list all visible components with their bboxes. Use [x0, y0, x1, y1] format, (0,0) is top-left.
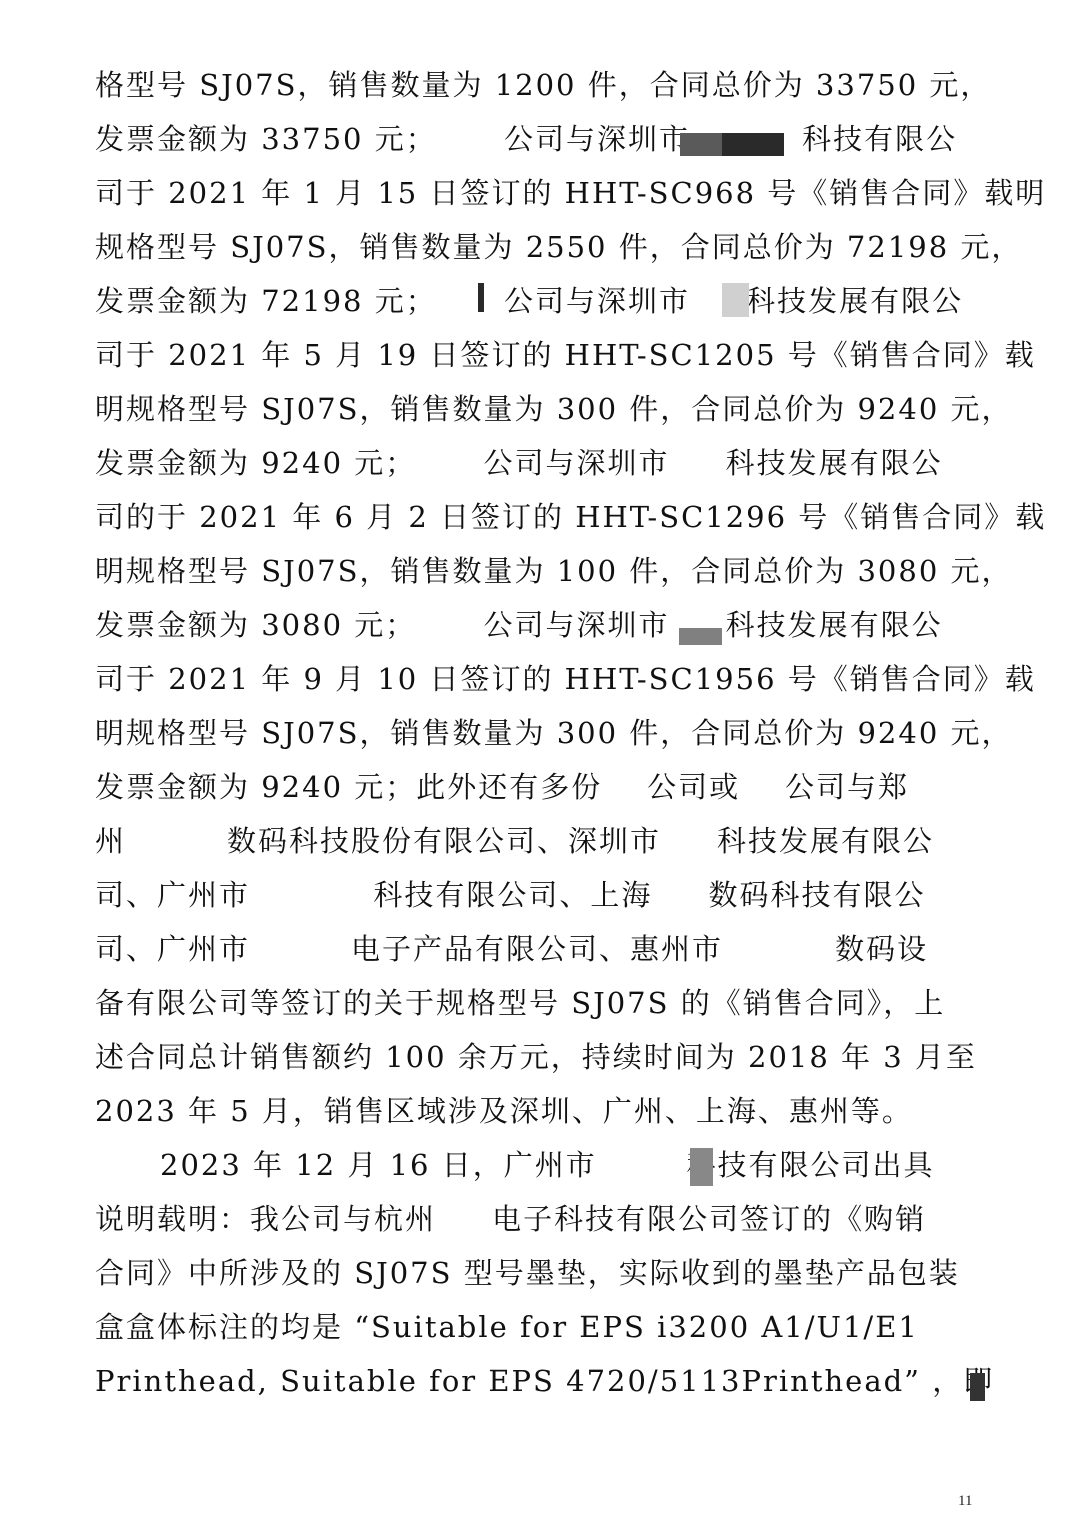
- redaction-box: [478, 283, 484, 312]
- paragraph-start-line: 2023 年 12 月 16 日，广州市 科技有限公司出具: [160, 1138, 980, 1192]
- text-line: 司的于 2021 年 6 月 2 日签订的 HHT-SC1296 号《销售合同》…: [95, 490, 980, 544]
- text-line: 发票金额为 72198 元； 公司与深圳市 科技发展有限公: [95, 274, 980, 328]
- text-line: 司于 2021 年 9 月 10 日签订的 HHT-SC1956 号《销售合同》…: [95, 652, 980, 706]
- text-line: 司、广州市 科技有限公司、上海 数码科技有限公: [95, 868, 980, 922]
- text-line: 司、广州市 电子产品有限公司、惠州市 数码设: [95, 922, 980, 976]
- text-line: 明规格型号 SJ07S，销售数量为 300 件，合同总价为 9240 元，: [95, 382, 980, 436]
- text-line: 发票金额为 9240 元； 公司与深圳市 科技发展有限公: [95, 436, 980, 490]
- redaction-box: [680, 133, 722, 156]
- text-line: 明规格型号 SJ07S，销售数量为 300 件，合同总价为 9240 元，: [95, 706, 980, 760]
- text-line: 2023 年 5 月，销售区域涉及深圳、广州、上海、惠州等。: [95, 1084, 980, 1138]
- page-number: 11: [958, 1493, 972, 1510]
- redaction-box: [722, 283, 749, 317]
- redaction-box: [690, 1148, 713, 1186]
- redaction-box: [970, 1373, 985, 1401]
- text-line: 州 数码科技股份有限公司、深圳市 科技发展有限公: [95, 814, 980, 868]
- redaction-box: [679, 628, 722, 645]
- text-line: 备有限公司等签订的关于规格型号 SJ07S 的《销售合同》，上: [95, 976, 980, 1030]
- text-line: 发票金额为 9240 元；此外还有多份 公司或 公司与郑: [95, 760, 980, 814]
- text-line: 司于 2021 年 1 月 15 日签订的 HHT-SC968 号《销售合同》载…: [95, 166, 980, 220]
- text-line: 盒盒体标注的均是 “Suitable for EPS i3200 A1/U1/E…: [95, 1300, 980, 1354]
- text-line: 格型号 SJ07S，销售数量为 1200 件，合同总价为 33750 元，: [95, 58, 980, 112]
- text-line: Printhead, Suitable for EPS 4720/5113Pri…: [95, 1354, 980, 1408]
- text-line: 明规格型号 SJ07S，销售数量为 100 件，合同总价为 3080 元，: [95, 544, 980, 598]
- text-line: 发票金额为 3080 元； 公司与深圳市 科技发展有限公: [95, 598, 980, 652]
- text-line: 述合同总计销售额约 100 余万元，持续时间为 2018 年 3 月至: [95, 1030, 980, 1084]
- document-page: 格型号 SJ07S，销售数量为 1200 件，合同总价为 33750 元， 发票…: [0, 0, 1074, 1519]
- text-line: 规格型号 SJ07S，销售数量为 2550 件，合同总价为 72198 元，: [95, 220, 980, 274]
- redaction-box: [722, 133, 784, 156]
- text-line: 合同》中所涉及的 SJ07S 型号墨垫，实际收到的墨垫产品包装: [95, 1246, 980, 1300]
- text-line: 说明载明：我公司与杭州 电子科技有限公司签订的《购销: [95, 1192, 980, 1246]
- text-line: 发票金额为 33750 元； 公司与深圳市 科技有限公: [95, 112, 980, 166]
- text-line: 司于 2021 年 5 月 19 日签订的 HHT-SC1205 号《销售合同》…: [95, 328, 980, 382]
